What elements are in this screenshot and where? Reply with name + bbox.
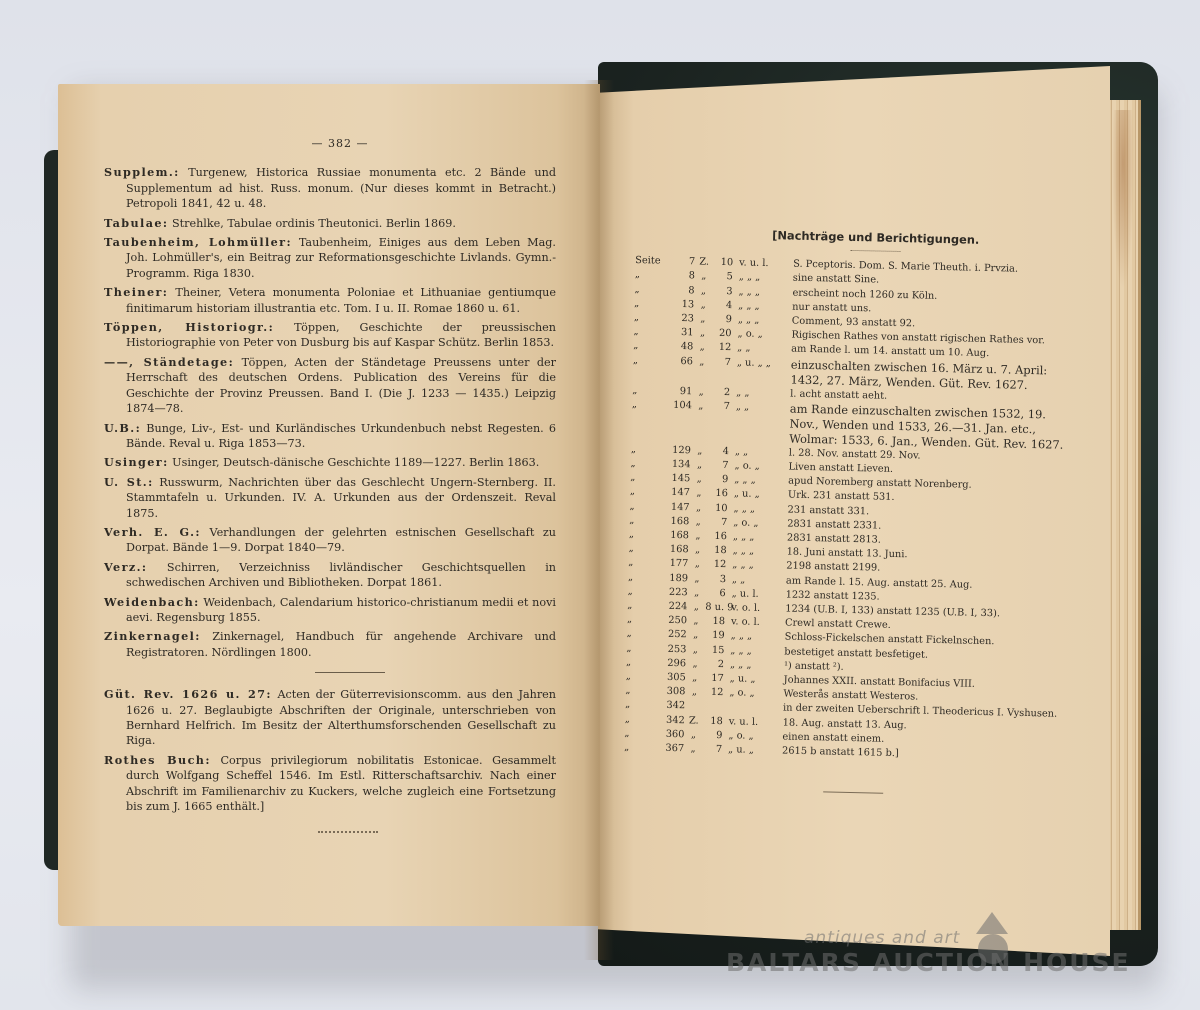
line-ref: 10 [707, 501, 733, 516]
bibliography-entry: ——, Ständetage: Töppen, Acten der Stände… [104, 355, 556, 417]
page-ref: 129 [663, 443, 691, 458]
seite-label: „ [627, 627, 659, 642]
bibliography-entry: Zinkernagel: Zinkernagel, Handbuch für a… [104, 629, 556, 660]
seite-label: „ [632, 384, 664, 399]
seite-label: „ [633, 339, 665, 354]
position-ref: v. u. l. [729, 715, 783, 730]
seite-label: „ [633, 325, 665, 340]
seite-label: „ [625, 698, 657, 713]
page-ref: 177 [660, 557, 688, 572]
page-ref: 66 [664, 354, 693, 385]
bibliography-supplement-list: Güt. Rev. 1626 u. 27: Acten der Güterrev… [104, 687, 556, 814]
line-label: „ [694, 298, 712, 313]
bibliography-entry: Tabulae: Strehlke, Tabulae ordinis Theut… [104, 216, 556, 231]
line-ref: 12 [706, 558, 732, 573]
line-label: „ [695, 270, 713, 285]
position-ref: „ „ „ [733, 502, 787, 517]
entry-abbreviation: Supplem.: [104, 165, 180, 179]
seite-label: „ [625, 684, 657, 699]
page-ref: 252 [659, 628, 687, 643]
position-ref: „ „ „ [732, 559, 786, 574]
page-ref: 342 [657, 713, 685, 728]
position-ref: „ „ „ [739, 271, 793, 286]
page-ref: 8 [667, 269, 695, 284]
page-ref: 7 [667, 255, 695, 270]
line-ref: 15 [704, 643, 730, 658]
seite-label: „ [628, 542, 660, 557]
position-ref: „ „ „ [738, 299, 792, 314]
bibliography-entry: Verz.: Schirren, Verzeichniss livländisc… [104, 560, 556, 591]
position-ref: „ o. „ [733, 516, 787, 531]
page-ref: 168 [661, 529, 689, 544]
position-ref: „ u. „ [734, 488, 788, 503]
line-ref: 7 [710, 355, 737, 386]
seite-label: „ [629, 528, 661, 543]
page-ref: 250 [659, 614, 687, 629]
entry-citation: Strehlke, Tabulae ordinis Theutonici. Be… [172, 217, 456, 230]
page-ref: 308 [657, 685, 685, 700]
line-label: „ [688, 544, 706, 559]
seite-label: „ [634, 297, 666, 312]
page-ref: 360 [656, 727, 684, 742]
line-label: „ [684, 728, 702, 743]
position-ref: „ „ „ [730, 644, 784, 659]
seite-label: „ [631, 443, 663, 458]
seite-label: „ [626, 670, 658, 685]
line-label: Z. [695, 256, 713, 271]
page-ref: 91 [664, 384, 692, 399]
entry-abbreviation: Verz.: [104, 560, 147, 574]
line-label: „ [690, 473, 708, 488]
entry-abbreviation: Zinkernagel: [104, 629, 201, 643]
line-ref: 16 [708, 487, 734, 502]
line-label: „ [687, 629, 705, 644]
crown-icon [976, 912, 1008, 934]
seite-label: „ [627, 613, 659, 628]
line-label: „ [692, 385, 710, 400]
bibliography-list: Supplem.: Turgenew, Historica Russiae mo… [104, 165, 556, 660]
position-ref: „ u. „ [728, 743, 782, 758]
line-ref: 5 [713, 270, 739, 285]
page-ref: 223 [660, 585, 688, 600]
line-ref: 8 u. 9 [705, 601, 731, 616]
position-ref: „ o. „ [729, 687, 783, 702]
line-label: „ [694, 284, 712, 299]
foxing-stain [1112, 110, 1134, 290]
page-ref: 13 [666, 298, 694, 313]
seite-label: „ [634, 311, 666, 326]
seite-label: „ [630, 457, 662, 472]
page-ref: 305 [658, 671, 686, 686]
line-ref: 7 [702, 743, 728, 758]
entry-abbreviation: Usinger: [104, 455, 169, 469]
line-ref: 9 [712, 313, 738, 328]
line-ref: 18 [706, 544, 732, 559]
position-ref: „ „ „ [731, 630, 785, 645]
position-ref: „ „ [735, 400, 790, 446]
position-ref: „ „ [736, 386, 790, 401]
line-label: „ [686, 657, 704, 672]
line-label: „ [691, 399, 710, 444]
line-ref: 12 [703, 686, 729, 701]
seite-label: „ [629, 514, 661, 529]
line-label: „ [694, 312, 712, 327]
position-ref [729, 701, 783, 716]
position-ref: „ o. „ [737, 328, 791, 343]
entry-abbreviation: Weidenbach: [104, 595, 200, 609]
entry-citation: Russwurm, Nachrichten über das Geschlech… [126, 476, 556, 520]
position-ref: „ „ „ [738, 313, 792, 328]
heading-ornament [850, 250, 900, 252]
line-label: „ [689, 529, 707, 544]
bibliography-entry: Theiner: Theiner, Vetera monumenta Polon… [104, 285, 556, 316]
bibliography-entry: Töppen, Historiogr.: Töppen, Geschichte … [104, 320, 556, 351]
line-label: „ [690, 487, 708, 502]
line-ref: 9 [708, 473, 734, 488]
line-ref: 7 [709, 400, 736, 446]
line-ref: 4 [712, 299, 738, 314]
bibliography-entry: Güt. Rev. 1626 u. 27: Acten der Güterrev… [104, 687, 556, 749]
line-ref: 9 [702, 729, 728, 744]
position-ref: „ „ „ [738, 285, 792, 300]
line-label: „ [685, 686, 703, 701]
page-ref: 296 [658, 656, 686, 671]
line-ref: 18 [703, 714, 729, 729]
position-ref: „ „ „ [733, 530, 787, 545]
line-ref: 2 [704, 658, 730, 673]
line-label: „ [692, 355, 711, 385]
line-ref: 2 [710, 385, 736, 400]
page-ref: 31 [665, 326, 693, 341]
entry-abbreviation: Güt. Rev. 1626 u. 27: [104, 687, 272, 701]
end-ornament [318, 830, 378, 833]
line-label: „ [693, 341, 711, 356]
page-ref: 342 [657, 699, 685, 714]
seite-label: „ [629, 500, 661, 515]
line-ref: 4 [709, 445, 735, 460]
line-label: „ [687, 586, 705, 601]
position-ref: „ „ [732, 573, 786, 588]
position-ref: v. o. l. [731, 601, 785, 616]
seite-label: „ [624, 727, 656, 742]
page-ref: 48 [665, 340, 693, 355]
seite-label: „ [632, 354, 665, 385]
line-ref: 17 [704, 672, 730, 687]
entry-citation: Usinger, Deutsch-dänische Geschichte 118… [172, 456, 539, 469]
page-ref: 367 [656, 742, 684, 757]
seite-label: „ [624, 741, 656, 756]
watermark-brand: BALTARS AUCTION HOUSE [726, 948, 1131, 977]
entry-abbreviation: U.B.: [104, 421, 141, 435]
bibliography-entry: Verh. E. G.: Verhandlungen der gelehrten… [104, 525, 556, 556]
entry-citation: Turgenew, Historica Russiae monumenta et… [126, 166, 556, 210]
position-ref: „ „ [735, 445, 789, 460]
entry-abbreviation: Tabulae: [104, 216, 168, 230]
seite-label: „ [631, 398, 664, 444]
line-ref: 12 [711, 341, 737, 356]
page-ref: 104 [663, 399, 692, 445]
page-ref: 147 [662, 486, 690, 501]
page-ref: 168 [661, 514, 689, 529]
seite-label: „ [630, 471, 662, 486]
bibliography-entry: U. St.: Russwurm, Nachrichten über das G… [104, 475, 556, 521]
line-label: „ [687, 615, 705, 630]
entry-citation: Schirren, Verzeichniss livländischer Ges… [126, 561, 556, 589]
position-ref: „ u. „ „ [736, 356, 791, 387]
position-ref: „ u. „ [730, 672, 784, 687]
entry-abbreviation: Rothes Buch: [104, 753, 211, 767]
line-label: „ [686, 671, 704, 686]
line-ref: 3 [706, 572, 732, 587]
section-divider [315, 672, 385, 673]
line-label: „ [686, 643, 704, 658]
line-label: „ [688, 558, 706, 573]
position-ref: „ „ „ [732, 545, 786, 560]
entry-abbreviation: Theiner: [104, 285, 168, 299]
bibliography-entry: Rothes Buch: Corpus privilegiorum nobili… [104, 753, 556, 815]
book-gutter [584, 80, 614, 960]
line-ref: 18 [705, 615, 731, 630]
left-page-text: — 382 — Supplem.: Turgenew, Historica Ru… [104, 136, 556, 833]
line-ref: 7 [708, 459, 734, 474]
line-label: „ [690, 458, 708, 473]
correction-text: am Rande einzuschalten zwischen 1532, 19… [789, 401, 1072, 452]
line-label: „ [688, 572, 706, 587]
line-label: „ [691, 444, 709, 459]
seite-label: „ [630, 485, 662, 500]
right-page-text: [Nachträge und Berichtigungen. Seite7Z.1… [623, 225, 1076, 798]
line-ref: 16 [707, 530, 733, 545]
entry-abbreviation: U. St.: [104, 475, 154, 489]
page-ref: 145 [662, 472, 690, 487]
entry-abbreviation: Taubenheim, Lohmüller: [104, 235, 292, 249]
line-ref: 3 [712, 284, 738, 299]
entry-abbreviation: ——, Ständetage: [104, 355, 234, 369]
entry-abbreviation: Töppen, Historiogr.: [104, 320, 274, 334]
page-number: — 382 — [104, 136, 556, 151]
position-ref: „ „ „ [730, 658, 784, 673]
line-label: „ [684, 742, 702, 757]
position-ref: v. o. l. [731, 616, 785, 631]
line-ref: 10 [713, 256, 739, 271]
seite-label: „ [628, 585, 660, 600]
line-ref: 20 [711, 327, 737, 342]
position-ref: v. u. l. [739, 257, 793, 272]
line-ref: 7 [707, 516, 733, 531]
page-ref: 253 [658, 642, 686, 657]
bibliography-entry: Taubenheim, Lohmüller: Taubenheim, Einig… [104, 235, 556, 281]
position-ref: „ o. „ [728, 729, 782, 744]
seite-label: „ [628, 556, 660, 571]
line-ref: 19 [705, 629, 731, 644]
line-label: „ [687, 600, 705, 615]
page-ref: 189 [660, 571, 688, 586]
seite-label: „ [634, 283, 666, 298]
entry-abbreviation: Verh. E. G.: [104, 525, 201, 539]
page-ref: 8 [666, 283, 694, 298]
seite-label: „ [626, 642, 658, 657]
line-label: Z. [685, 714, 703, 729]
page-ref: 134 [662, 458, 690, 473]
page-ref: 224 [659, 600, 687, 615]
line-label: „ [693, 327, 711, 342]
line-label: „ [689, 515, 707, 530]
line-label [685, 700, 703, 715]
position-ref: „ o. „ [734, 459, 788, 474]
entry-citation: Bunge, Liv-, Est- und Kurländisches Urku… [126, 422, 556, 450]
position-ref: „ „ [737, 342, 791, 357]
position-ref: „ u. l. [731, 587, 785, 602]
line-ref [703, 700, 729, 715]
bibliography-entry: Supplem.: Turgenew, Historica Russiae mo… [104, 165, 556, 211]
seite-label: „ [635, 268, 667, 283]
corrections-list: Seite7Z.10v. u. l.S. Pceptoris. Dom. S. … [624, 254, 1075, 765]
page-ref: 147 [661, 500, 689, 515]
seite-label: „ [627, 599, 659, 614]
page-ref: 23 [666, 312, 694, 327]
line-label: „ [689, 501, 707, 516]
line-ref: 6 [705, 587, 731, 602]
seite-label: Seite [635, 254, 667, 269]
bibliography-entry: Usinger: Usinger, Deutsch-dänische Gesch… [104, 455, 556, 470]
bibliography-entry: U.B.: Bunge, Liv-, Est- und Kurländische… [104, 421, 556, 452]
page-ref: 168 [660, 543, 688, 558]
seite-label: „ [628, 571, 660, 586]
watermark-tagline: antiques and art [804, 928, 960, 948]
seite-label: „ [626, 656, 658, 671]
seite-label: „ [625, 713, 657, 728]
position-ref: „ „ „ [734, 474, 788, 489]
entry-citation: Theiner, Vetera monumenta Poloniae et Li… [126, 286, 556, 314]
bibliography-entry: Weidenbach: Weidenbach, Calendarium hist… [104, 595, 556, 626]
